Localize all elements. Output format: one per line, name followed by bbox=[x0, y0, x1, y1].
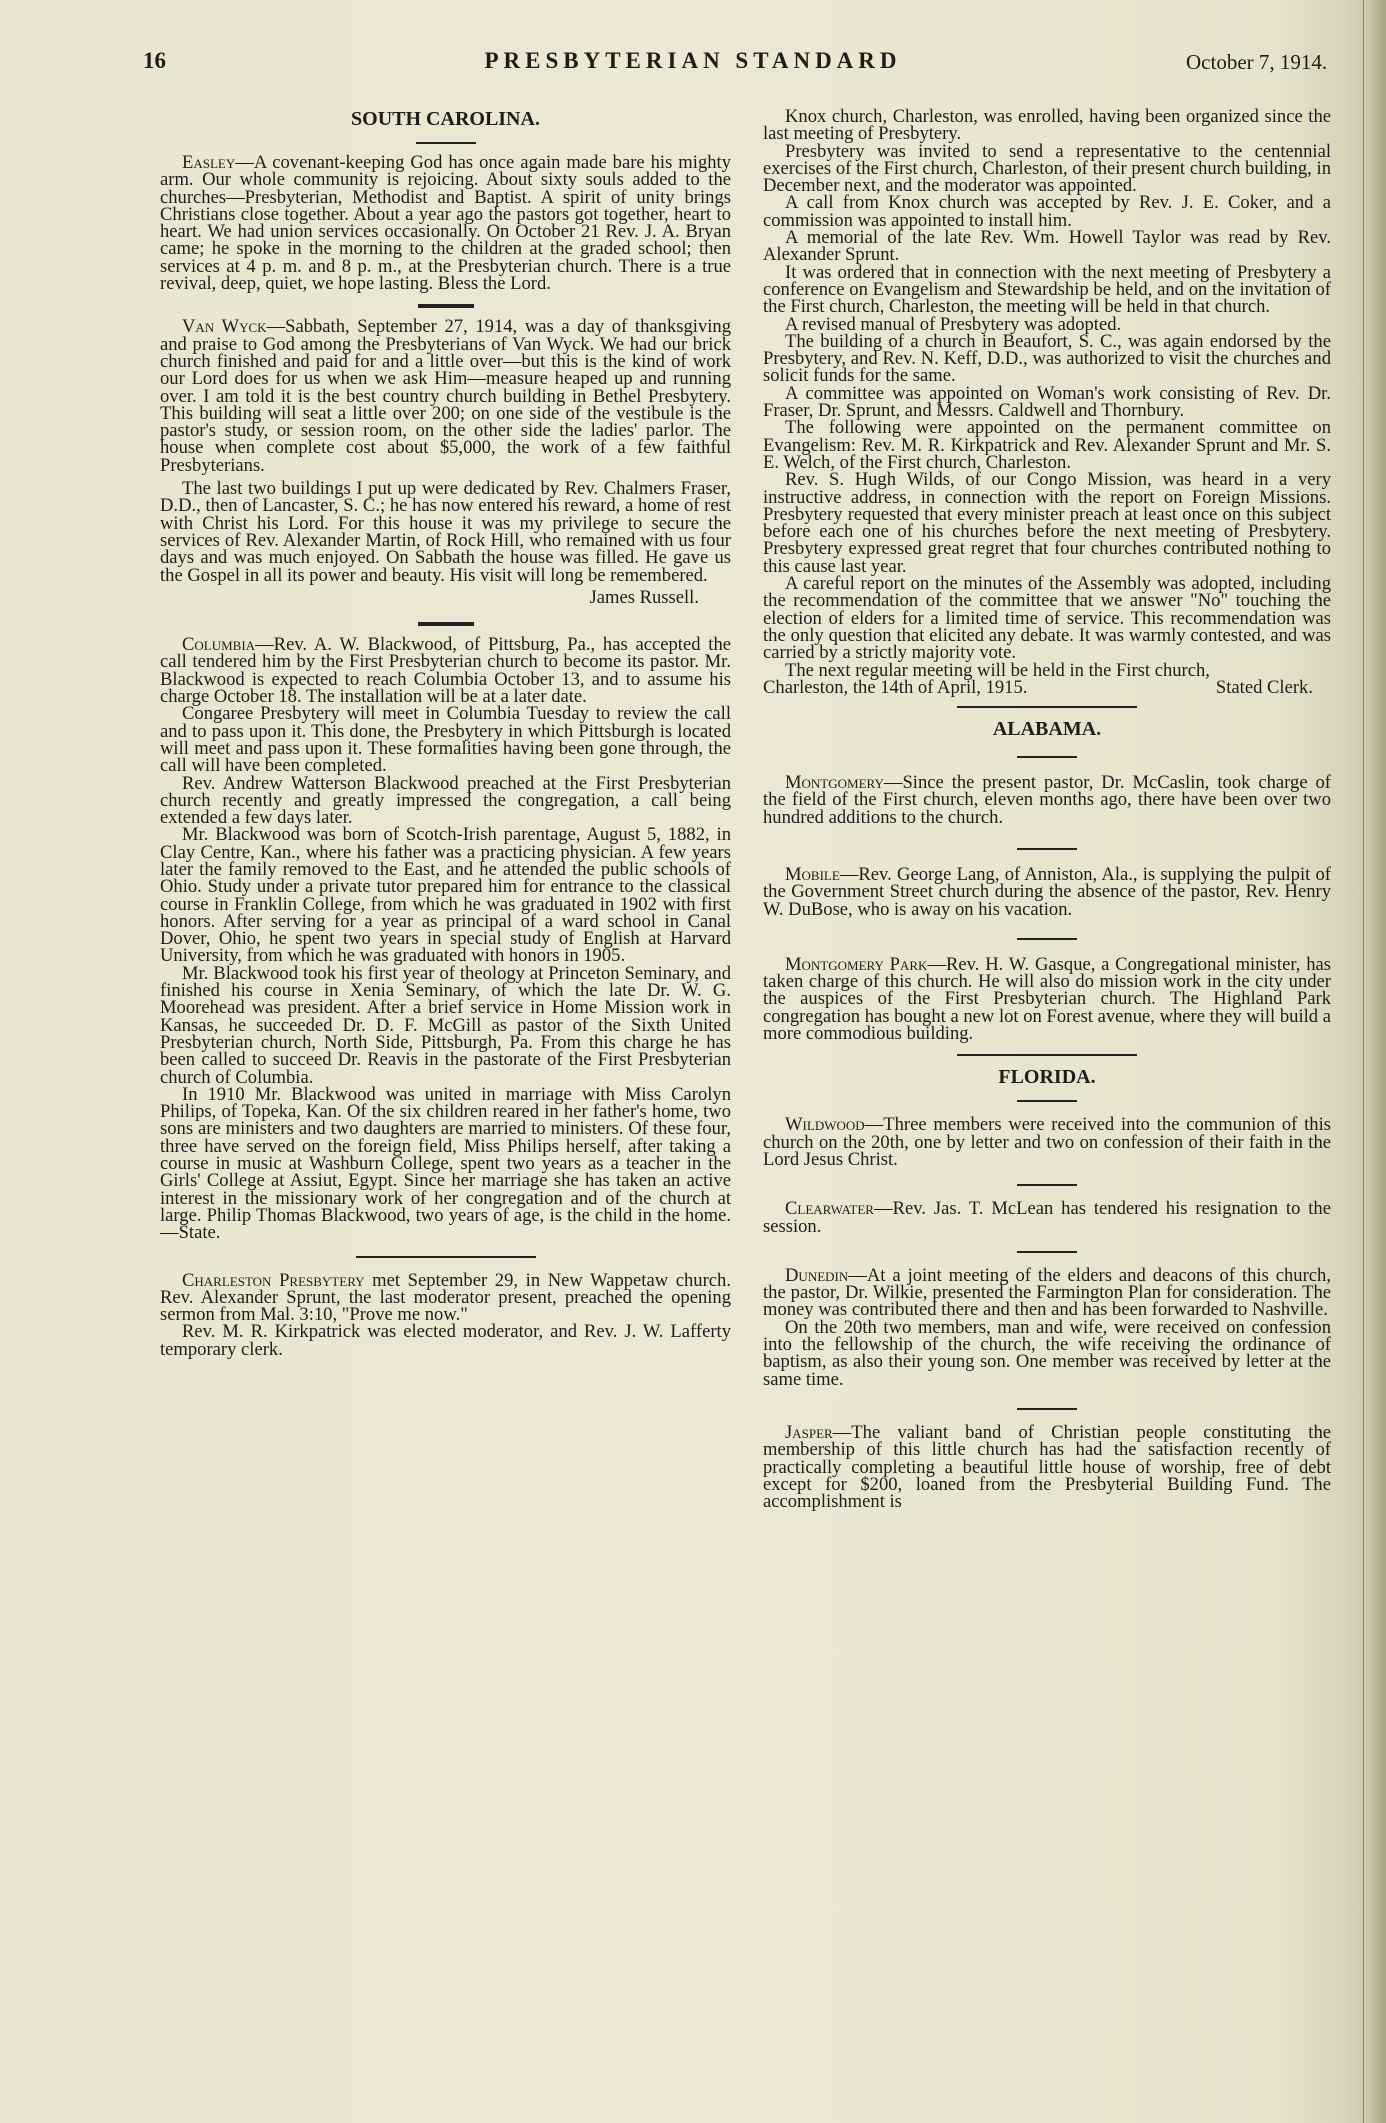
article-paragraph: Mr. Blackwood took his first year of the… bbox=[160, 965, 731, 1086]
article-clearwater: Clearwater—Rev. Jas. T. McLean has tende… bbox=[763, 1200, 1331, 1235]
divider bbox=[1017, 1100, 1077, 1102]
divider bbox=[1017, 848, 1077, 850]
divider bbox=[957, 1054, 1137, 1056]
closing-line: Charleston, the 14th of April, 1915. Sta… bbox=[763, 679, 1331, 696]
article-paragraph: In 1910 Mr. Blackwood was united in marr… bbox=[160, 1086, 731, 1242]
masthead-title: PRESBYTERIAN STANDARD bbox=[0, 48, 1386, 74]
left-column: SOUTH CAROLINA. Easley—A covenant-keepin… bbox=[160, 108, 731, 1358]
article-paragraph: A careful report on the minutes of the A… bbox=[763, 575, 1331, 661]
divider bbox=[356, 1256, 536, 1258]
signature: James Russell. bbox=[160, 589, 731, 606]
divider bbox=[416, 142, 476, 144]
article-paragraph: The last two buildings I put up were ded… bbox=[160, 480, 731, 584]
article-easley: Easley—A covenant-keeping God has once a… bbox=[160, 154, 731, 292]
article-mobile: Mobile—Rev. George Lang, of Anniston, Al… bbox=[763, 866, 1331, 918]
page-header: 16 PRESBYTERIAN STANDARD October 7, 1914… bbox=[0, 48, 1386, 88]
page-binding-edge bbox=[1363, 0, 1386, 2123]
article-paragraph: Rev. Andrew Watterson Blackwood preached… bbox=[160, 775, 731, 827]
article-paragraph: A memorial of the late Rev. Wm. Howell T… bbox=[763, 229, 1331, 264]
section-title-south-carolina: SOUTH CAROLINA. bbox=[160, 108, 731, 130]
article-paragraph: A committee was appointed on Woman's wor… bbox=[763, 385, 1331, 420]
article-paragraph: On the 20th two members, man and wife, w… bbox=[763, 1319, 1331, 1388]
divider bbox=[418, 622, 474, 626]
article-jasper: Jasper—The valiant band of Christian peo… bbox=[763, 1424, 1331, 1510]
divider bbox=[418, 304, 474, 308]
article-van-wyck: Van Wyck—Sabbath, September 27, 1914, wa… bbox=[160, 318, 731, 474]
article-paragraph: It was ordered that in connection with t… bbox=[763, 264, 1331, 316]
divider bbox=[957, 706, 1137, 708]
right-column: Knox church, Charleston, was enrolled, h… bbox=[763, 108, 1331, 1510]
section-title-florida: FLORIDA. bbox=[763, 1066, 1331, 1088]
divider bbox=[1017, 1408, 1077, 1410]
article-wildwood: Wildwood—Three members were received int… bbox=[763, 1116, 1331, 1168]
article-paragraph: Mr. Blackwood was born of Scotch-Irish p… bbox=[160, 826, 731, 964]
newspaper-page: 16 PRESBYTERIAN STANDARD October 7, 1914… bbox=[0, 0, 1386, 2123]
article-columbia: Columbia—Rev. A. W. Blackwood, of Pittsb… bbox=[160, 636, 731, 705]
article-dunedin: Dunedin—At a joint meeting of the elders… bbox=[763, 1267, 1331, 1319]
article-paragraph: A call from Knox church was accepted by … bbox=[763, 194, 1331, 229]
article-paragraph: Rev. S. Hugh Wilds, of our Congo Mission… bbox=[763, 471, 1331, 575]
article-paragraph: Rev. M. R. Kirkpatrick was elected moder… bbox=[160, 1323, 731, 1358]
article-montgomery: Montgomery—Since the present pastor, Dr.… bbox=[763, 774, 1331, 826]
article-paragraph: The building of a church in Beaufort, S.… bbox=[763, 333, 1331, 385]
divider bbox=[1017, 938, 1077, 940]
article-montgomery-park: Montgomery Park—Rev. H. W. Gasque, a Con… bbox=[763, 956, 1331, 1042]
divider bbox=[1017, 1251, 1077, 1253]
divider bbox=[1017, 756, 1077, 758]
article-paragraph: Knox church, Charleston, was enrolled, h… bbox=[763, 108, 1331, 143]
issue-date: October 7, 1914. bbox=[1186, 50, 1327, 75]
article-paragraph: The following were appointed on the perm… bbox=[763, 419, 1331, 471]
section-title-alabama: ALABAMA. bbox=[763, 718, 1331, 740]
article-paragraph: Congaree Presbytery will meet in Columbi… bbox=[160, 705, 731, 774]
article-paragraph: Presbytery was invited to send a represe… bbox=[763, 143, 1331, 195]
article-charleston-presbytery: Charleston Presbytery met September 29, … bbox=[160, 1272, 731, 1324]
divider bbox=[1017, 1184, 1077, 1186]
stated-clerk-signature: Stated Clerk. bbox=[1216, 679, 1313, 696]
